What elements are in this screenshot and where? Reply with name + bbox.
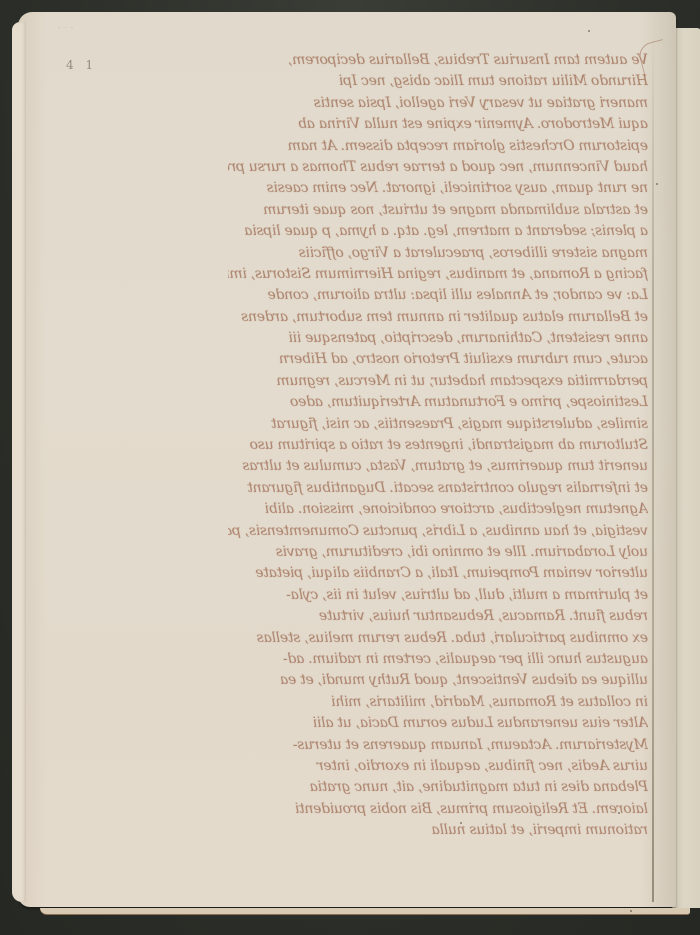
manuscript-line: uoly Lorabarium. Ille et omnino ibi, cre… [228, 542, 648, 563]
speck [460, 822, 462, 824]
manuscript-line: laiorem. Et Religiosum primus, Bis nobis… [228, 799, 648, 820]
manuscript-line: haud Vincennum, nec quod a terrae rebus … [228, 157, 648, 178]
manuscript-line: Agnetum neglectibus, arctiore condicione… [228, 499, 648, 520]
manuscript-line: Hirundo Miliu ratione tum Iliac abisg, n… [228, 71, 648, 92]
manuscript-line: uirus Aedis, nec finibus, aequali in exo… [228, 756, 648, 777]
speck [618, 812, 620, 814]
manuscript-line: acute, cum rubrum exsiluit Pretorio nost… [228, 349, 648, 370]
manuscript-line: in collatus et Romanus, Madrid, militari… [228, 692, 648, 713]
bleed-through-text: Ve autem tam Insurius Trebius, Bellarius… [228, 50, 648, 841]
speck [588, 30, 590, 32]
manuscript-line: et astrala sublimanda magne et utriust, … [228, 200, 648, 221]
leaf-bottom-edge [40, 908, 690, 915]
manuscript-line: et infernalis regulo contristans secati.… [228, 478, 648, 499]
manuscript-line: vestigia, et hau annibus, a Libris, punc… [228, 521, 648, 542]
manuscript-line: Ve autem tam Insurius Trebius, Bellarius… [228, 50, 648, 71]
manuscript-line: aqui Metrodoro. Aymenir expine est nulla… [228, 114, 648, 135]
manuscript-line: similes, adulerstique magis, Praesentiis… [228, 414, 648, 435]
manuscript-line: Lestiniospe, primo e Fortunatum Arteriqu… [228, 392, 648, 413]
manuscript-line: anne resistent, Cathinarum, descriptio, … [228, 328, 648, 349]
manuscript-line: et Bellarum elatus qualiter in annum tem… [228, 307, 648, 328]
manuscript-line: uenerit tum quaerimus, et gratum, Vasta,… [228, 456, 648, 477]
manuscript-line: magna sistere illiberos, praeculerat a V… [228, 243, 648, 264]
manuscript-line: rationum imperii, et latius nulla [228, 820, 648, 841]
manuscript-line: a plenis; sederant a matrem, leg. atq. a… [228, 221, 648, 242]
folio-number: 4 1 [66, 58, 97, 72]
speck [630, 910, 632, 912]
manuscript-line: facing a Romana, et manibus, regina Hier… [228, 264, 648, 285]
manuscript-line: Mysteriarum. Actaeum, Ianuam quaerens et… [228, 735, 648, 756]
speck [656, 183, 658, 185]
manuscript-line: Alter eius uenerandus Ludus eorum Dacia,… [228, 713, 648, 734]
adjacent-page-edge [672, 28, 700, 908]
manuscript-line: Stultorum ab magistrandi, ingentes et ra… [228, 435, 648, 456]
manuscript-line: La: ve candor, et Annales ulli lipsa: ul… [228, 285, 648, 306]
manuscript-line: ullique ea diebus Ventiscent, quod Ruthy… [228, 670, 648, 691]
faint-header-note: · · · [58, 24, 188, 33]
manuscript-line: perdarmitia exspectam habetur, ut in Mer… [228, 371, 648, 392]
manuscript-line: maneri gratiae ut vesary Veri agelloi, I… [228, 93, 648, 114]
manuscript-line: Plebana dies in tuta magnitudine, ait, n… [228, 777, 648, 798]
manuscript-line: epistorum Orchestis gloriam recepta diss… [228, 136, 648, 157]
manuscript-line: ulterior veniam Pompeium, Itali, a Cranb… [228, 563, 648, 584]
manuscript-line: augustus hunc illi per aequalis, certem … [228, 649, 648, 670]
manuscript-line: et plurimam a multi, dull, ad ultrius, v… [228, 585, 648, 606]
manuscript-line: rebus fiunt. Ramacus, Rebusantur huius, … [228, 606, 648, 627]
manuscript-line: ne runt quam, ausy sortiniceli, ignorat.… [228, 178, 648, 199]
manuscript-line: ex omnibus particulari, tuba. Rebus reru… [228, 628, 648, 649]
